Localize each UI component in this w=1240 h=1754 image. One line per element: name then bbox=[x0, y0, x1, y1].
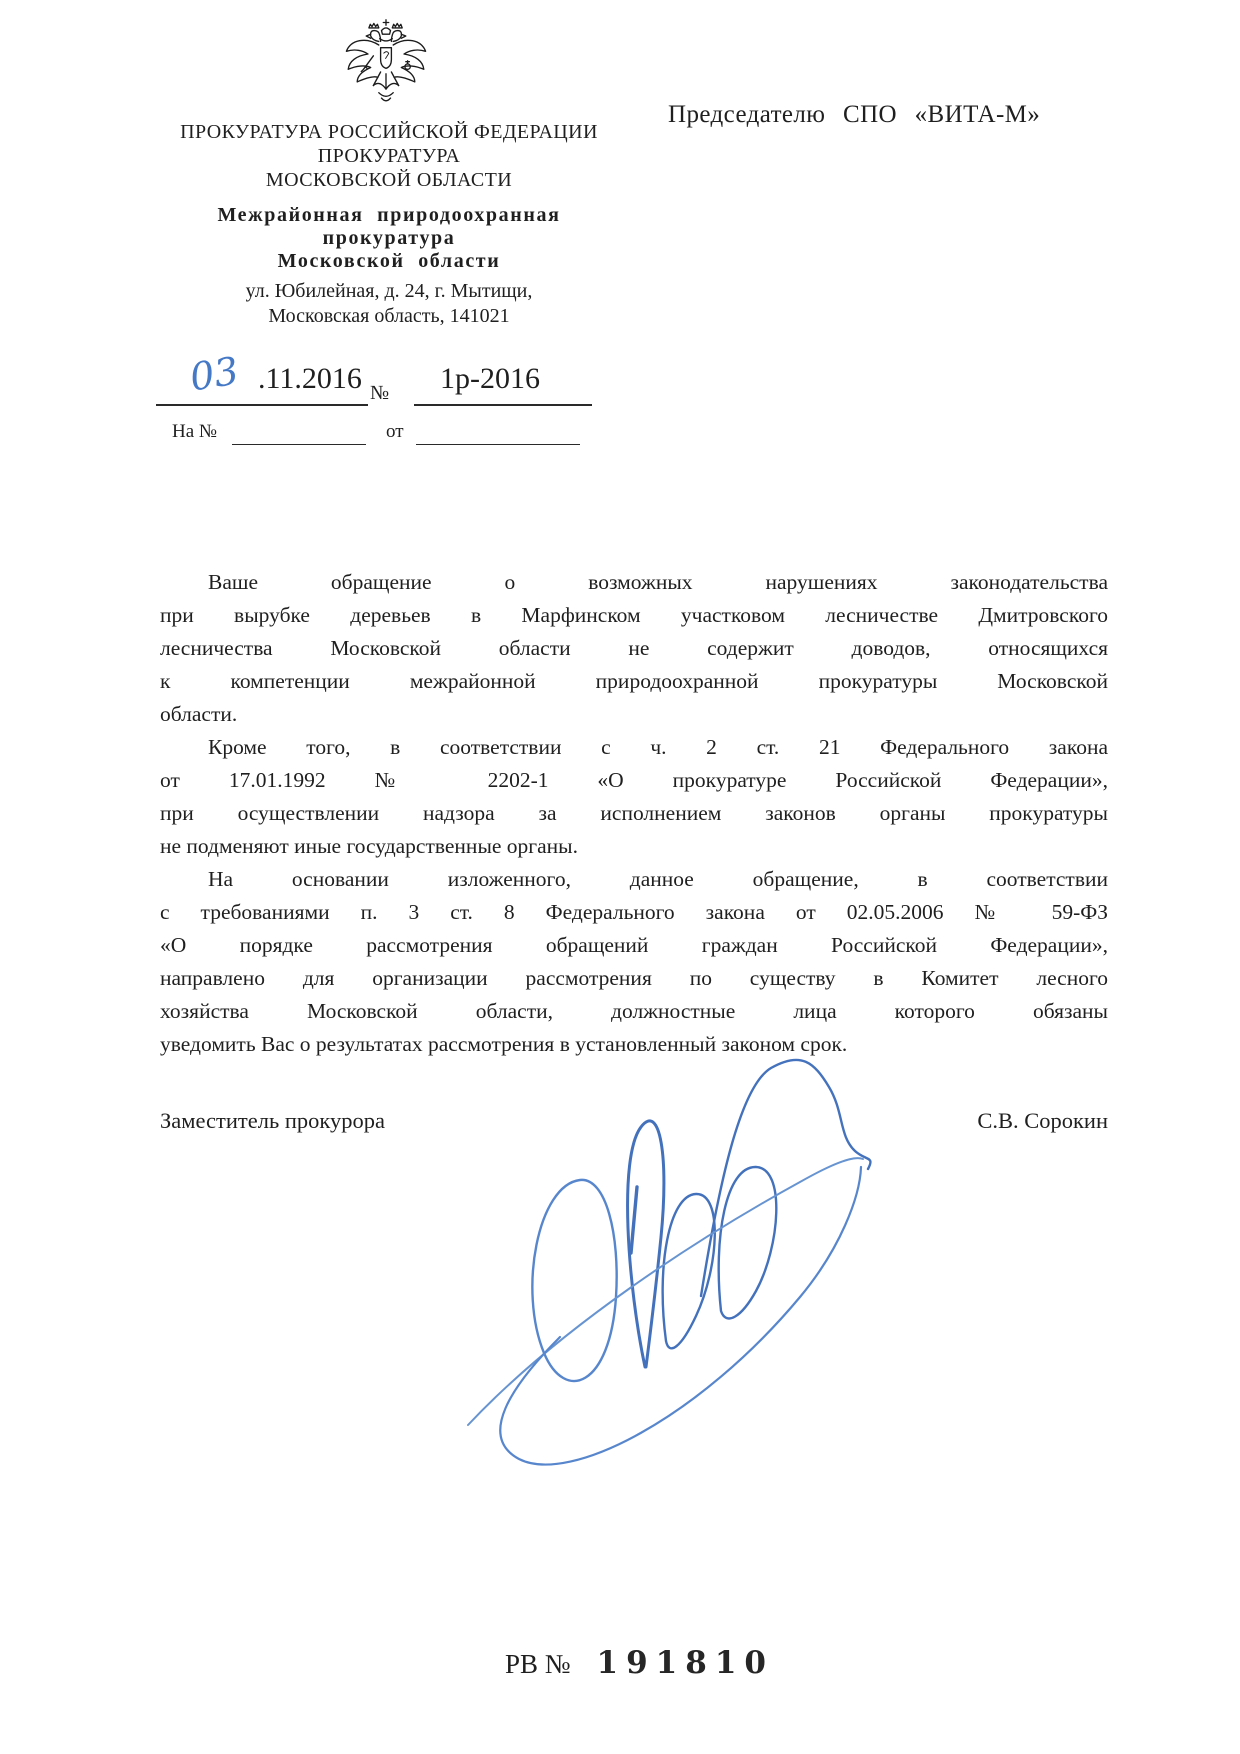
body-line: при осуществлении надзора за исполнением… bbox=[160, 797, 1108, 830]
ref-number-underline bbox=[232, 444, 366, 445]
number-underline bbox=[414, 404, 592, 406]
org-address-line: Московская область, 141021 bbox=[118, 304, 660, 329]
handwritten-day: 03 bbox=[187, 348, 242, 399]
stamp-prefix: РВ № bbox=[505, 1649, 571, 1680]
body-line: Кроме того, в соответствии с ч. 2 ст. 21… bbox=[160, 731, 1108, 764]
ref-na-label: На № bbox=[172, 421, 217, 443]
body-line: при вырубке деревьев в Марфинском участк… bbox=[160, 599, 1108, 632]
date-underline bbox=[156, 404, 368, 406]
date-printed: .11.2016 bbox=[258, 362, 362, 396]
org-address-line: ул. Юбилейная, д. 24, г. Мытищи, bbox=[118, 279, 660, 304]
org-name-line: МОСКОВСКОЙ ОБЛАСТИ bbox=[118, 168, 660, 192]
org-name-line: ПРОКУРАТУРА bbox=[118, 144, 660, 168]
body-line: На основании изложенного, данное обращен… bbox=[160, 863, 1108, 896]
division-name-line: Московской области bbox=[118, 250, 660, 273]
coat-of-arms-icon bbox=[341, 14, 431, 112]
body-line: от 17.01.1992 № 2202-1 «О прокуратуре Ро… bbox=[160, 764, 1108, 797]
division-name-line: Межрайонная природоохранная bbox=[118, 204, 660, 227]
signer-name: С.В. Сорокин bbox=[977, 1108, 1108, 1134]
body-line: к компетенции межрайонной природоохранно… bbox=[160, 665, 1108, 698]
body-line: не подменяют иные государственные органы… bbox=[160, 830, 1108, 863]
body-line: лесничества Московской области не содерж… bbox=[160, 632, 1108, 665]
paragraph: Кроме того, в соответствии с ч. 2 ст. 21… bbox=[160, 731, 1108, 863]
scanned-letter-page: ПРОКУРАТУРА РОССИЙСКОЙ ФЕДЕРАЦИИ ПРОКУРА… bbox=[0, 0, 1240, 1754]
number-sign: № bbox=[370, 382, 389, 405]
letterhead: ПРОКУРАТУРА РОССИЙСКОЙ ФЕДЕРАЦИИ ПРОКУРА… bbox=[118, 120, 660, 329]
outgoing-number: 1р-2016 bbox=[440, 362, 540, 396]
stamp-serial-number: 191810 bbox=[597, 1645, 774, 1681]
ref-date-underline bbox=[416, 444, 580, 445]
division-name-line: прокуратура bbox=[118, 227, 660, 250]
paragraph: Ваше обращение о возможных нарушениях за… bbox=[160, 566, 1108, 731]
body-line: области. bbox=[160, 698, 1108, 731]
signer-title: Заместитель прокурора bbox=[160, 1108, 385, 1134]
ref-ot-label: от bbox=[386, 421, 404, 443]
body-line: Ваше обращение о возможных нарушениях за… bbox=[160, 566, 1108, 599]
addressee-line: Председателю СПО «ВИТА-М» bbox=[668, 101, 1040, 129]
body-line: с требованиями п. 3 ст. 8 Федерального з… bbox=[160, 896, 1108, 929]
org-name-line: ПРОКУРАТУРА РОССИЙСКОЙ ФЕДЕРАЦИИ bbox=[118, 120, 660, 144]
signature-ink bbox=[420, 935, 900, 1490]
